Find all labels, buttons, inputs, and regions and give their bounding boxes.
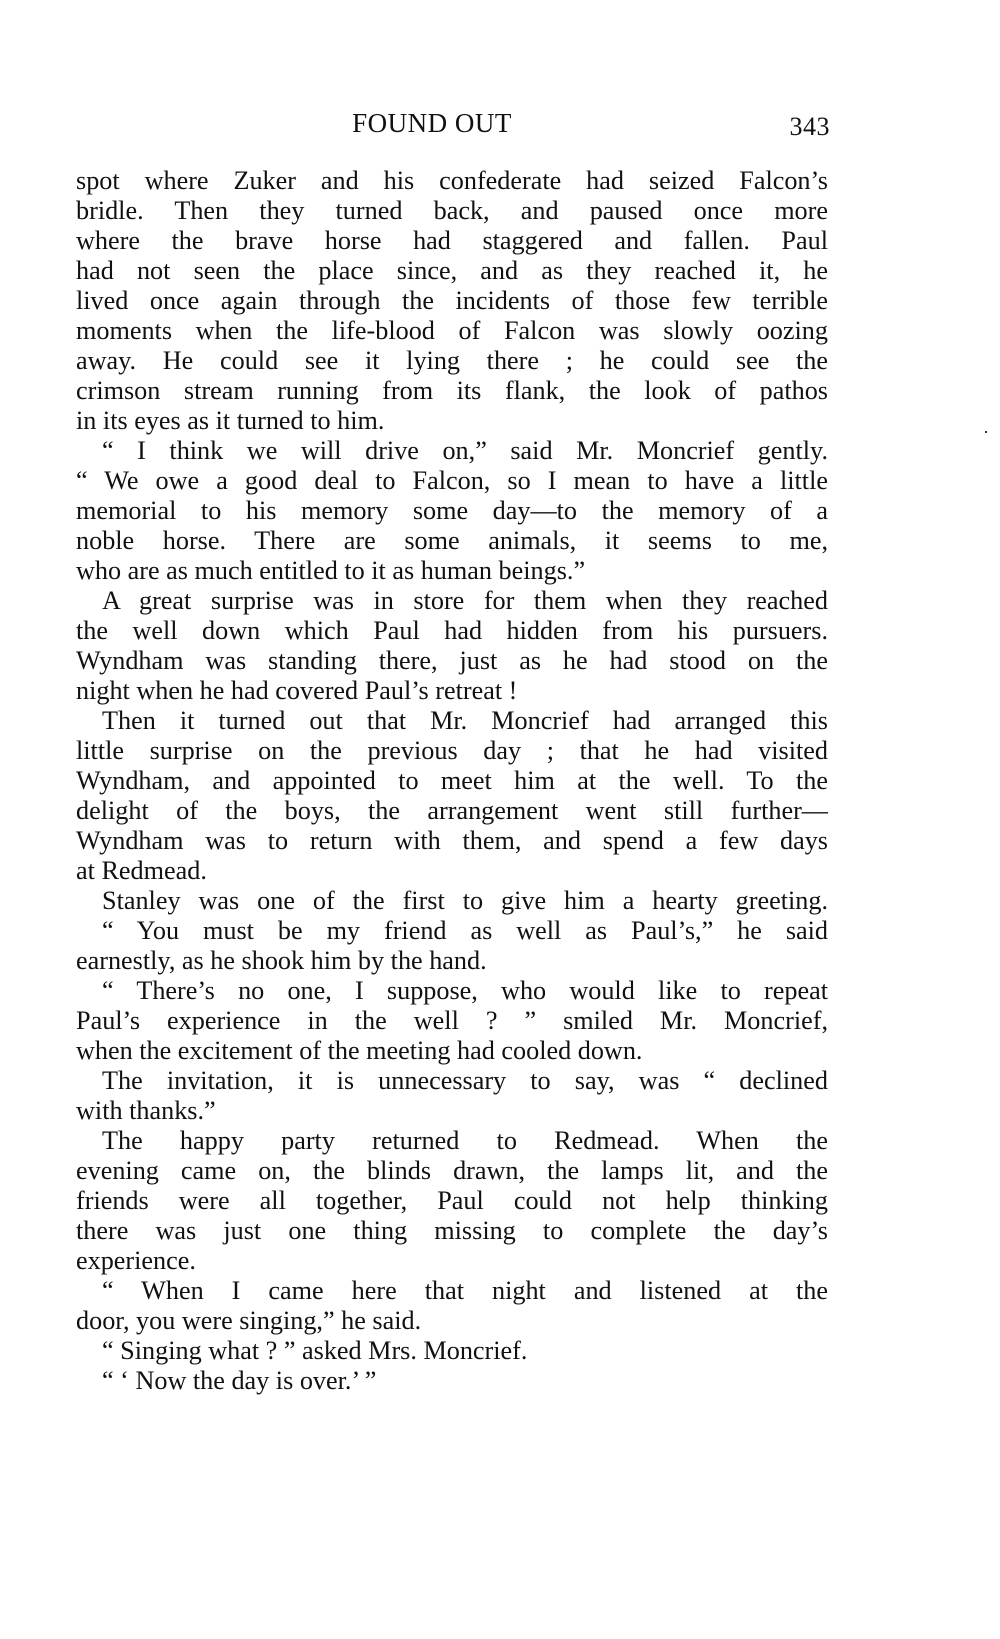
text-line: away. He could see it lying there ; he c…: [76, 346, 828, 376]
text-line: Wyndham was to return with them, and spe…: [76, 826, 828, 856]
text-line: with thanks.”: [76, 1096, 828, 1126]
text-line: who are as much entitled to it as human …: [76, 556, 828, 586]
text-line: spot where Zuker and his confederate had…: [76, 166, 828, 196]
text-line: lived once again through the incidents o…: [76, 286, 828, 316]
text-line: “ ‘ Now the day is over.’ ”: [76, 1366, 828, 1396]
text-line: friends were all together, Paul could no…: [76, 1186, 828, 1216]
text-line: had not seen the place since, and as the…: [76, 256, 828, 286]
text-line: memorial to his memory some day—to the m…: [76, 496, 828, 526]
margin-speck: [985, 431, 987, 433]
text-line: moments when the life-blood of Falcon wa…: [76, 316, 828, 346]
running-header: FOUND OUT 343: [76, 106, 828, 140]
text-line: when the excitement of the meeting had c…: [76, 1036, 828, 1066]
text-line: evening came on, the blinds drawn, the l…: [76, 1156, 828, 1186]
text-line: Stanley was one of the first to give him…: [76, 886, 828, 916]
running-title: FOUND OUT: [76, 106, 828, 140]
text-line: little surprise on the previous day ; th…: [76, 736, 828, 766]
text-line: “ We owe a good deal to Falcon, so I mea…: [76, 466, 828, 496]
text-line: earnestly, as he shook him by the hand.: [76, 946, 828, 976]
text-line: crimson stream running from its flank, t…: [76, 376, 828, 406]
text-line: Then it turned out that Mr. Moncrief had…: [76, 706, 828, 736]
text-line: door, you were singing,” he said.: [76, 1306, 828, 1336]
text-line: Wyndham was standing there, just as he h…: [76, 646, 828, 676]
text-line: “ When I came here that night and listen…: [76, 1276, 828, 1306]
text-line: there was just one thing missing to comp…: [76, 1216, 828, 1246]
text-line: Wyndham, and appointed to meet him at th…: [76, 766, 828, 796]
page-number: 343: [790, 110, 831, 144]
text-line: “ I think we will drive on,” said Mr. Mo…: [76, 436, 828, 466]
text-line: delight of the boys, the arrangement wen…: [76, 796, 828, 826]
text-line: The invitation, it is unnecessary to say…: [76, 1066, 828, 1096]
text-line: at Redmead.: [76, 856, 828, 886]
text-line: night when he had covered Paul’s retreat…: [76, 676, 828, 706]
book-page: FOUND OUT 343 spot where Zuker and his c…: [0, 0, 1000, 1639]
text-line: bridle. Then they turned back, and pause…: [76, 196, 828, 226]
text-line: where the brave horse had staggered and …: [76, 226, 828, 256]
body-text: spot where Zuker and his confederate had…: [76, 166, 828, 1396]
text-line: “ There’s no one, I suppose, who would l…: [76, 976, 828, 1006]
text-line: “ You must be my friend as well as Paul’…: [76, 916, 828, 946]
text-line: experience.: [76, 1246, 828, 1276]
text-line: Paul’s experience in the well ? ” smiled…: [76, 1006, 828, 1036]
text-line: “ Singing what ? ” asked Mrs. Moncrief.: [76, 1336, 828, 1366]
text-line: the well down which Paul had hidden from…: [76, 616, 828, 646]
text-line: in its eyes as it turned to him.: [76, 406, 828, 436]
text-line: A great surprise was in store for them w…: [76, 586, 828, 616]
text-line: The happy party returned to Redmead. Whe…: [76, 1126, 828, 1156]
text-line: noble horse. There are some animals, it …: [76, 526, 828, 556]
